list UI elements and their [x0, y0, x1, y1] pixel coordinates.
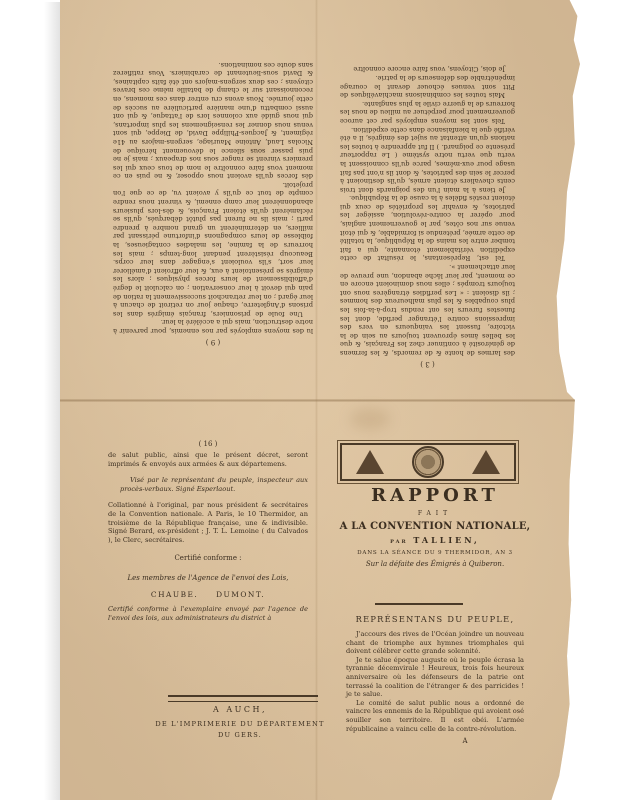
page-body: lu des moyens employés par nos ennemis, … — [113, 60, 313, 335]
paragraph: dès forces qu'ils avoient nous opposer, … — [113, 60, 313, 180]
page-number: ( 9 ) — [113, 338, 313, 346]
session-date: DANS LA SÉANCE DU 9 THERMIDOR, AN 3 — [330, 550, 540, 556]
page-9: ( 9 ) lu des moyens employés par nos enn… — [113, 60, 313, 346]
page-body: des larmes de honte & de remords, & les … — [340, 65, 515, 357]
paragraph: Mais toutes les combinaisons machiavéliq… — [340, 74, 515, 100]
republican-emblem — [340, 443, 516, 481]
decree-closing: de salut public, ainsi que le présent dé… — [108, 451, 308, 468]
page-number: ( 16 ) — [108, 440, 308, 448]
title-page-body: REPRÉSENTANS DU PEUPLE, J'accours des ri… — [346, 614, 524, 745]
vise-note: Visé par le représentant du peuple, insp… — [120, 476, 308, 493]
imprint-printer: DE L'IMPRIMERIE DU DÉPARTEMENT — [110, 720, 370, 728]
eye-triangle-icon — [472, 450, 500, 474]
agency-members-label: Les membres de l'Agence de l'envoi des L… — [108, 574, 308, 582]
paragraph: Je dois, Citoyens, vous faire encore con… — [340, 65, 515, 74]
signatures: CHAUBE. DUMONT. — [108, 590, 308, 599]
author-name: TALLIEN, — [413, 535, 479, 545]
paragraph: Tels sont les moyens employés par cet au… — [340, 99, 515, 125]
vertical-fold — [315, 0, 318, 800]
title-page: RAPPORT FAIT A LA CONVENTION NATIONALE, … — [330, 485, 540, 568]
salutation: REPRÉSENTANS DU PEUPLE, — [346, 614, 524, 624]
page-body: de salut public, ainsi que le présent dé… — [108, 451, 308, 544]
paragraph: des larmes de honte & de remords, & les … — [340, 263, 515, 358]
certified-copy-note: Certifié conforme à l'exemplaire envoyé … — [108, 605, 308, 622]
certified-label: Certifié conforme : — [108, 554, 308, 562]
body-text: J'accours des rives de l'Océan joindre u… — [346, 630, 524, 733]
collationne-note: Collationné à l'original, par nous prési… — [108, 501, 308, 544]
printer-imprint: A AUCH, DE L'IMPRIMERIE DU DÉPARTEMENT D… — [110, 705, 370, 739]
signature-dumont: DUMONT. — [216, 590, 265, 599]
seal-medallion-icon — [412, 446, 444, 478]
paragraph: Je te salue époque auguste où le peuple … — [346, 656, 524, 699]
title-fait: FAIT — [330, 510, 540, 517]
signature-mark: A — [346, 737, 524, 745]
paragraph: Je tiens à la main l'un des poignards do… — [340, 125, 515, 194]
paragraph: Une foule de prisonniers, français émigr… — [113, 180, 313, 318]
par-label: PAR — [390, 539, 407, 545]
paragraph: lu des moyens employés par nos ennemis, … — [113, 318, 313, 335]
level-triangle-icon — [356, 450, 384, 474]
title-rule — [375, 603, 463, 605]
imprint-rule — [168, 695, 318, 702]
paragraph: Le comité de salut public nous a ordonné… — [346, 699, 524, 733]
page-number: ( 3 ) — [340, 360, 515, 368]
paragraph: Tel est, Représentans, le résultat de ce… — [340, 194, 515, 263]
imprint-department: DU GERS. — [110, 731, 370, 739]
paper-stain — [350, 408, 390, 430]
page-3: ( 3 ) des larmes de honte & de remords, … — [340, 65, 515, 368]
title-convention: A LA CONVENTION NATIONALE, — [330, 521, 540, 532]
report-subject: Sur la défaite des Émigrés à Quiberon. — [330, 560, 540, 568]
title-author-line: PAR TALLIEN, — [330, 535, 540, 545]
page-16: ( 16 ) de salut public, ainsi que le pré… — [108, 440, 308, 623]
document-title: RAPPORT — [330, 485, 540, 506]
signature-chaube: CHAUBE. — [151, 590, 198, 599]
imprint-city: A AUCH, — [110, 705, 370, 714]
paragraph: J'accours des rives de l'Océan joindre u… — [346, 630, 524, 656]
